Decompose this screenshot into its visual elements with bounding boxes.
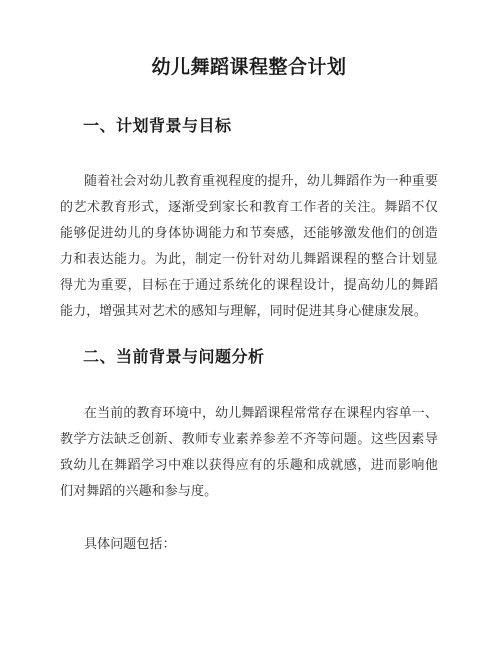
document-page: 幼儿舞蹈课程整合计划 一、计划背景与目标 随着社会对幼儿教育重视程度的提升，幼儿… [0,0,500,647]
section-2-lead-in-line: 具体问题包括： [60,531,438,557]
document-title: 幼儿舞蹈课程整合计划 [60,54,438,82]
section-2-paragraph: 在当前的教育环境中，幼儿舞蹈课程常常存在课程内容单一、教学方法缺乏创新、教师专业… [60,400,438,504]
section-1-paragraph: 随着社会对幼儿教育重视程度的提升，幼儿舞蹈作为一种重要的艺术教育形式，逐渐受到家… [60,168,438,324]
section-heading-2: 二、当前背景与问题分析 [83,348,265,368]
section-heading-1: 一、计划背景与目标 [83,117,232,137]
